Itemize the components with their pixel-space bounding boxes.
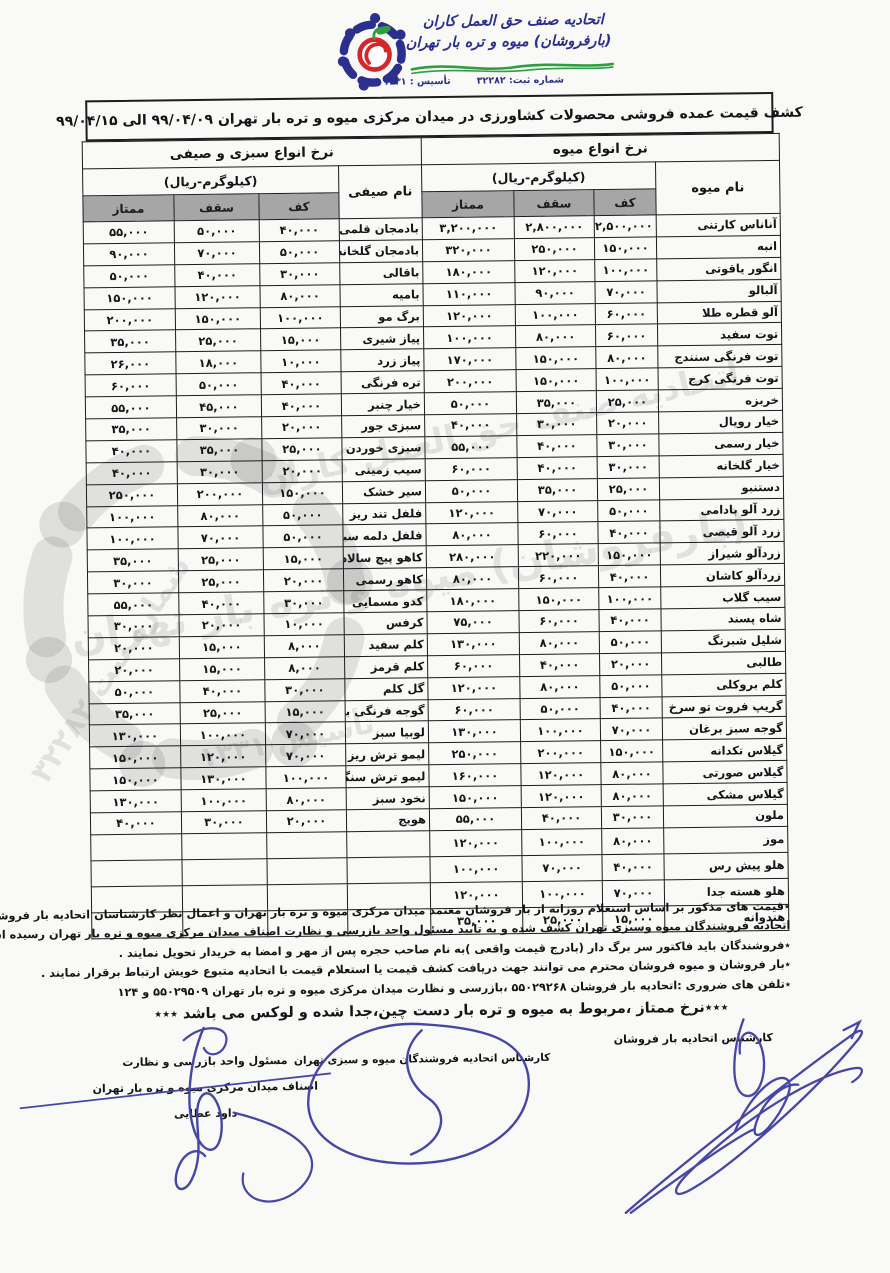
fruit-floor-cell: ۴۰,۰۰۰ bbox=[602, 854, 664, 881]
fruit-premium-cell: ۲۸۰,۰۰۰ bbox=[426, 545, 518, 568]
veg-premium-cell: ۶۰,۰۰۰ bbox=[85, 374, 176, 397]
fruit-ceiling-cell: ۱۵۰,۰۰۰ bbox=[516, 347, 596, 370]
fruit-premium-cell: ۳۲۰,۰۰۰ bbox=[422, 239, 514, 262]
fruit-ceiling-cell: ۴۰,۰۰۰ bbox=[521, 807, 601, 830]
veg-ceiling-cell: ۱۲۰,۰۰۰ bbox=[175, 285, 260, 308]
fruit-name-cell: گیلاس صورتی bbox=[663, 761, 787, 784]
veg-premium-cell: ۴۰,۰۰۰ bbox=[86, 440, 177, 463]
veg-premium-cell: ۵۵,۰۰۰ bbox=[83, 221, 174, 244]
fruit-name-cell: طالبی bbox=[661, 651, 785, 674]
fruit-floor-cell: ۸۰,۰۰۰ bbox=[596, 346, 658, 369]
veg-name-cell: کرفس bbox=[344, 612, 427, 635]
fruit-premium-cell: ۱۲۰,۰۰۰ bbox=[430, 830, 522, 857]
veg-unit-header: (کیلوگرم-ریال) bbox=[82, 166, 338, 196]
veg-floor-cell: ۲۰,۰۰۰ bbox=[262, 460, 342, 483]
veg-floor-cell: ۴۰,۰۰۰ bbox=[261, 372, 341, 395]
veg-premium-cell: ۵۵,۰۰۰ bbox=[85, 396, 176, 419]
veg-name-cell: تره فرنگی bbox=[341, 371, 424, 394]
veg-name-cell: فلفل تند ریز bbox=[343, 502, 426, 525]
veg-floor-cell: ۲۰,۰۰۰ bbox=[262, 416, 342, 439]
veg-premium-cell: ۱۳۰,۰۰۰ bbox=[89, 724, 180, 747]
fruit-name-cell: زردآلو شیراز bbox=[660, 542, 784, 565]
veg-ceiling-cell: ۱۳۰,۰۰۰ bbox=[181, 767, 266, 790]
veg-ceiling-cell: ۱۵,۰۰۰ bbox=[179, 658, 264, 681]
veg-ceiling-cell: ۲۵,۰۰۰ bbox=[178, 570, 263, 593]
fruit-premium-cell: ۵۵,۰۰۰ bbox=[429, 808, 521, 831]
fruit-premium-cell: ۶۰,۰۰۰ bbox=[428, 698, 520, 721]
veg-floor-cell: ۵۰,۰۰۰ bbox=[263, 525, 343, 548]
org-name-line1: اتحادیه صنف حق العمل کاران bbox=[415, 10, 611, 33]
veg-premium-cell: ۴۰,۰۰۰ bbox=[90, 812, 181, 835]
fruit-ceiling-cell: ۶۰,۰۰۰ bbox=[518, 522, 598, 545]
veg-premium-cell: ۱۵۰,۰۰۰ bbox=[84, 286, 175, 309]
veg-name-cell: سبزی جور bbox=[342, 415, 425, 438]
fruit-floor-cell: ۵۰,۰۰۰ bbox=[599, 631, 661, 654]
fruit-name-cell: زرد آلو بادامی bbox=[660, 498, 784, 521]
veg-floor-cell: ۱۵,۰۰۰ bbox=[263, 547, 343, 570]
veg-name-cell: پیاز شیری bbox=[340, 327, 423, 350]
fruit-ceiling-cell: ۱۰۰,۰۰۰ bbox=[520, 719, 600, 742]
price-table: نرخ انواع میوه نرخ انواع سبزی و صیفی نام… bbox=[82, 133, 790, 939]
fruit-ceiling-cell: ۱۰۰,۰۰۰ bbox=[522, 829, 602, 856]
veg-premium-cell: ۹۰,۰۰۰ bbox=[83, 243, 174, 266]
veg-ceiling-cell: ۳۰,۰۰۰ bbox=[177, 461, 262, 484]
veg-name-cell bbox=[347, 831, 430, 858]
fruit-name-cell: سیب گلاب bbox=[661, 585, 785, 608]
veg-premium-cell: ۳۵,۰۰۰ bbox=[87, 549, 178, 572]
veg-floor-cell: ۷۰,۰۰۰ bbox=[266, 744, 346, 767]
veg-premium-cell: ۲۶,۰۰۰ bbox=[85, 352, 176, 375]
veg-name-cell: فلفل دلمه سبز bbox=[343, 524, 426, 547]
fruit-name-cell: گیلاس تکدانه bbox=[663, 739, 787, 762]
fruit-floor-cell: ۱۵۰,۰۰۰ bbox=[594, 237, 656, 260]
fruit-ceiling-cell: ۶۰,۰۰۰ bbox=[519, 610, 599, 633]
fruit-floor-cell: ۳۰,۰۰۰ bbox=[601, 806, 663, 829]
fruit-premium-cell: ۵۰,۰۰۰ bbox=[424, 392, 516, 415]
veg-ceiling-cell: ۵۰,۰۰۰ bbox=[176, 373, 261, 396]
veg-premium-header: ممتاز bbox=[83, 195, 174, 222]
fruit-name-cell: آلبالو bbox=[657, 279, 781, 302]
fruit-name-cell: شلیل شبرنگ bbox=[661, 629, 785, 652]
veg-premium-cell bbox=[91, 860, 182, 887]
fruit-name-cell: هلو پیش رس bbox=[664, 852, 788, 880]
fruit-premium-cell: ۱۳۰,۰۰۰ bbox=[427, 633, 519, 656]
veg-ceiling-cell: ۸۰,۰۰۰ bbox=[178, 504, 263, 527]
fruit-ceiling-cell: ۹۰,۰۰۰ bbox=[515, 281, 595, 304]
fruit-name-cell: ملون bbox=[663, 804, 787, 827]
veg-floor-cell: ۱۵,۰۰۰ bbox=[265, 700, 345, 723]
veg-ceiling-cell: ۴۰,۰۰۰ bbox=[180, 679, 265, 702]
fruit-premium-cell: ۱۵۰,۰۰۰ bbox=[429, 786, 521, 809]
veg-floor-cell: ۱۰,۰۰۰ bbox=[261, 350, 341, 373]
veg-floor-cell: ۸,۰۰۰ bbox=[264, 635, 344, 658]
fruit-floor-cell: ۴۰,۰۰۰ bbox=[598, 565, 660, 588]
fruit-ceiling-cell: ۲,۸۰۰,۰۰۰ bbox=[514, 216, 594, 239]
fruit-ceiling-cell: ۵۰,۰۰۰ bbox=[520, 697, 600, 720]
veg-premium-cell: ۳۰,۰۰۰ bbox=[88, 615, 179, 638]
veg-name-cell: کاهو پیچ سالادی bbox=[343, 546, 426, 569]
fruit-name-cell: خیار رویال bbox=[659, 410, 783, 433]
veg-premium-cell: ۱۳۰,۰۰۰ bbox=[90, 790, 181, 813]
veg-name-cell: کاهو رسمی bbox=[343, 568, 426, 591]
veg-ceiling-cell: ۲۰۰,۰۰۰ bbox=[177, 482, 262, 505]
org-name-line2: (بارفروشان) میوه و تره بار تهران bbox=[415, 31, 611, 54]
veg-floor-cell: ۲۰,۰۰۰ bbox=[263, 569, 343, 592]
veg-ceiling-header: سقف bbox=[174, 194, 259, 221]
fruit-floor-cell: ۱۵۰,۰۰۰ bbox=[598, 543, 660, 566]
fruit-floor-cell: ۴۰,۰۰۰ bbox=[600, 696, 662, 719]
fruit-ceiling-cell: ۴۰,۰۰۰ bbox=[517, 456, 597, 479]
veg-name-cell: لیمو ترش ریز bbox=[346, 743, 429, 766]
fruit-ceiling-cell: ۴۰,۰۰۰ bbox=[517, 435, 597, 458]
fruit-ceiling-cell: ۶۰,۰۰۰ bbox=[518, 566, 598, 589]
veg-ceiling-cell: ۴۵,۰۰۰ bbox=[176, 395, 261, 418]
veg-ceiling-cell: ۱۰۰,۰۰۰ bbox=[180, 723, 265, 746]
fruit-ceiling-cell: ۳۵,۰۰۰ bbox=[517, 478, 597, 501]
fruit-ceiling-cell: ۱۵۰,۰۰۰ bbox=[519, 588, 599, 611]
fruit-premium-cell: ۵۵,۰۰۰ bbox=[425, 436, 517, 459]
veg-ceiling-cell: ۱۰۰,۰۰۰ bbox=[181, 789, 266, 812]
fruit-floor-cell: ۸۰,۰۰۰ bbox=[601, 784, 663, 807]
fruit-floor-cell: ۵۰,۰۰۰ bbox=[598, 499, 660, 522]
veg-name-cell: کدو مسمایی bbox=[344, 590, 427, 613]
veg-name-cell: لیمو ترش سنگی bbox=[346, 765, 429, 788]
fruit-name-cell: خیار رسمی bbox=[659, 432, 783, 455]
fruit-name-cell: دستنبو bbox=[659, 476, 783, 499]
veg-ceiling-cell: ۳۰,۰۰۰ bbox=[177, 417, 262, 440]
fruit-premium-cell: ۱۰۰,۰۰۰ bbox=[423, 326, 515, 349]
fruit-floor-cell: ۷۰,۰۰۰ bbox=[595, 281, 657, 304]
veg-ceiling-cell bbox=[182, 833, 267, 860]
fruit-floor-cell: ۸۰,۰۰۰ bbox=[601, 762, 663, 785]
fruit-premium-cell: ۱۰۰,۰۰۰ bbox=[430, 856, 522, 883]
signature-right-ink bbox=[593, 1010, 890, 1229]
fruit-floor-cell: ۶۰,۰۰۰ bbox=[595, 302, 657, 325]
fruit-ceiling-cell: ۷۰,۰۰۰ bbox=[522, 855, 602, 882]
fruit-premium-cell: ۱۲۰,۰۰۰ bbox=[423, 304, 515, 327]
fruit-name-cell: خیار گلخانه bbox=[659, 454, 783, 477]
veg-ceiling-cell: ۲۵,۰۰۰ bbox=[175, 329, 260, 352]
footnotes: ٭قیمت های مذکور بر اساس استعلام روزانه ا… bbox=[90, 897, 791, 1024]
fruit-floor-cell: ۷۰,۰۰۰ bbox=[600, 718, 662, 741]
veg-ceiling-cell: ۲۰,۰۰۰ bbox=[179, 614, 264, 637]
fruit-ceiling-cell: ۱۲۰,۰۰۰ bbox=[521, 785, 601, 808]
veg-floor-cell bbox=[267, 832, 347, 859]
veg-ceiling-cell: ۳۰,۰۰۰ bbox=[181, 811, 266, 834]
fruit-ceiling-cell: ۱۲۰,۰۰۰ bbox=[521, 763, 601, 786]
fruit-ceiling-cell: ۱۵۰,۰۰۰ bbox=[516, 369, 596, 392]
fruit-floor-cell: ۱۰۰,۰۰۰ bbox=[599, 587, 661, 610]
fruit-ceiling-cell: ۲۰۰,۰۰۰ bbox=[521, 741, 601, 764]
veg-floor-header: کف bbox=[259, 193, 339, 220]
fruit-ceiling-header: سقف bbox=[514, 190, 594, 217]
fruit-premium-cell: ۷۵,۰۰۰ bbox=[427, 611, 519, 634]
fruit-premium-cell: ۱۱۰,۰۰۰ bbox=[423, 282, 515, 305]
green-swoosh-icon bbox=[410, 58, 615, 77]
veg-name-cell: گل کلم bbox=[345, 677, 428, 700]
fruit-premium-cell: ۱۸۰,۰۰۰ bbox=[427, 589, 519, 612]
veg-name-cell: سبزی خوردن bbox=[342, 437, 425, 460]
fruit-premium-cell: ۴۰,۰۰۰ bbox=[425, 414, 517, 437]
veg-floor-cell: ۱۵۰,۰۰۰ bbox=[262, 481, 342, 504]
veg-floor-cell: ۱۰۰,۰۰۰ bbox=[266, 766, 346, 789]
fruit-premium-cell: ۳,۲۰۰,۰۰۰ bbox=[422, 217, 514, 240]
fruit-floor-cell: ۲۰,۰۰۰ bbox=[597, 412, 659, 435]
veg-premium-cell: ۳۵,۰۰۰ bbox=[86, 418, 177, 441]
fruit-premium-cell: ۸۰,۰۰۰ bbox=[426, 567, 518, 590]
veg-ceiling-cell: ۵۰,۰۰۰ bbox=[174, 220, 259, 243]
veg-premium-cell: ۳۰,۰۰۰ bbox=[87, 571, 178, 594]
veg-name-cell: کلم سفید bbox=[344, 634, 427, 657]
veg-floor-cell: ۳۰,۰۰۰ bbox=[260, 263, 340, 286]
veg-floor-cell: ۷۰,۰۰۰ bbox=[265, 722, 345, 745]
fruit-name-cell: آناناس کارتنی bbox=[656, 213, 780, 236]
fruit-ceiling-cell: ۳۵,۰۰۰ bbox=[516, 391, 596, 414]
veg-floor-cell bbox=[267, 858, 347, 885]
fruit-floor-cell: ۶۰,۰۰۰ bbox=[595, 324, 657, 347]
fruit-name-cell: گوجه سبز برغان bbox=[662, 717, 786, 740]
veg-name-cell: پیاز زرد bbox=[341, 349, 424, 372]
veg-ceiling-cell: ۱۸,۰۰۰ bbox=[176, 351, 261, 374]
fruit-floor-cell: ۳۰,۰۰۰ bbox=[597, 434, 659, 457]
fruit-name-cell: انگور یاقوتی bbox=[657, 257, 781, 280]
fruit-ceiling-cell: ۸۰,۰۰۰ bbox=[519, 632, 599, 655]
fruit-floor-cell: ۴۰,۰۰۰ bbox=[598, 521, 660, 544]
veg-premium-cell: ۲۵۰,۰۰۰ bbox=[86, 483, 177, 506]
fruit-floor-cell: ۸۰,۰۰۰ bbox=[602, 828, 664, 855]
fruit-floor-cell: ۱۵۰,۰۰۰ bbox=[601, 740, 663, 763]
fruit-premium-cell: ۲۵۰,۰۰۰ bbox=[429, 742, 521, 765]
fruit-premium-cell: ۱۷۰,۰۰۰ bbox=[424, 348, 516, 371]
fruit-floor-cell: ۲,۵۰۰,۰۰۰ bbox=[594, 215, 656, 238]
fruit-ceiling-cell: ۲۵۰,۰۰۰ bbox=[514, 238, 594, 261]
veg-section-header: نرخ انواع سبزی و صیفی bbox=[82, 138, 421, 169]
veg-premium-cell: ۱۵۰,۰۰۰ bbox=[90, 768, 181, 791]
fruit-floor-cell: ۲۵,۰۰۰ bbox=[596, 390, 658, 413]
veg-ceiling-cell: ۱۵,۰۰۰ bbox=[179, 636, 264, 659]
fruit-name-cell: گریپ فروت تو سرخ bbox=[662, 695, 786, 718]
veg-premium-cell: ۱۰۰,۰۰۰ bbox=[87, 505, 178, 528]
veg-premium-cell: ۲۰۰,۰۰۰ bbox=[84, 308, 175, 331]
fruit-name-cell: گیلاس مشکی bbox=[663, 782, 787, 805]
fruit-ceiling-cell: ۱۲۰,۰۰۰ bbox=[515, 259, 595, 282]
fruit-premium-cell: ۲۰۰,۰۰۰ bbox=[424, 370, 516, 393]
fruit-premium-cell: ۱۲۰,۰۰۰ bbox=[426, 501, 518, 524]
veg-floor-cell: ۱۰,۰۰۰ bbox=[264, 613, 344, 636]
fruit-premium-cell: ۱۶۰,۰۰۰ bbox=[429, 764, 521, 787]
veg-floor-cell: ۸,۰۰۰ bbox=[264, 657, 344, 680]
veg-premium-cell: ۲۰,۰۰۰ bbox=[88, 637, 179, 660]
veg-name-cell: باقالی bbox=[340, 262, 423, 285]
veg-ceiling-cell: ۱۲۰,۰۰۰ bbox=[181, 745, 266, 768]
veg-name-cell bbox=[347, 857, 430, 884]
fruit-name-cell: توت فرنگی کرج bbox=[658, 367, 782, 390]
scanned-price-sheet: اتحادیه صنف حق العمل کاران (بارفروشان) م… bbox=[0, 0, 890, 1273]
fruit-floor-cell: ۲۵,۰۰۰ bbox=[597, 478, 659, 501]
veg-premium-cell: ۲۰,۰۰۰ bbox=[88, 659, 179, 682]
fruit-floor-header: کف bbox=[594, 189, 656, 216]
veg-premium-cell: ۵۰,۰۰۰ bbox=[89, 680, 180, 703]
veg-floor-cell: ۸۰,۰۰۰ bbox=[260, 284, 340, 307]
veg-premium-cell: ۵۰,۰۰۰ bbox=[84, 265, 175, 288]
veg-name-cell: نخود سبز bbox=[346, 787, 429, 810]
veg-ceiling-cell bbox=[182, 859, 267, 886]
established-year: تأسیس : ۱۳۳۱ bbox=[383, 76, 451, 88]
fruit-ceiling-cell: ۸۰,۰۰۰ bbox=[515, 325, 595, 348]
fruit-premium-cell: ۱۳۰,۰۰۰ bbox=[428, 720, 520, 743]
fruit-floor-cell: ۱۰۰,۰۰۰ bbox=[595, 259, 657, 282]
veg-ceiling-cell: ۷۰,۰۰۰ bbox=[178, 526, 263, 549]
veg-name-cell: بادمجان قلمی bbox=[339, 218, 422, 241]
fruit-floor-cell: ۳۰,۰۰۰ bbox=[597, 456, 659, 479]
veg-floor-cell: ۳۰,۰۰۰ bbox=[265, 678, 345, 701]
veg-floor-cell: ۵۰,۰۰۰ bbox=[259, 241, 339, 264]
veg-floor-cell: ۲۵,۰۰۰ bbox=[262, 438, 342, 461]
fruit-floor-cell: ۱۰۰,۰۰۰ bbox=[596, 368, 658, 391]
fruit-name-cell: توت فرنگی سنندج bbox=[658, 345, 782, 368]
veg-name-cell: هویج bbox=[346, 809, 429, 832]
veg-name-cell: بادمجان گلخانه ای bbox=[339, 240, 422, 263]
price-document: کشف قیمت عمده فروشی محصولات کشاورزی در م… bbox=[82, 92, 789, 939]
registration-number: شماره ثبت: ۳۲۲۸۲ bbox=[477, 75, 564, 87]
veg-ceiling-cell: ۱۵۰,۰۰۰ bbox=[175, 307, 260, 330]
fruit-premium-cell: ۱۸۰,۰۰۰ bbox=[423, 260, 515, 283]
fruit-premium-cell: ۵۰,۰۰۰ bbox=[425, 479, 517, 502]
fruit-ceiling-cell: ۱۰۰,۰۰۰ bbox=[515, 303, 595, 326]
veg-floor-cell: ۲۰,۰۰۰ bbox=[266, 810, 346, 833]
fruit-name-cell: زردآلو کاشان bbox=[660, 564, 784, 587]
signature-left-ink bbox=[7, 1016, 350, 1240]
veg-floor-cell: ۱۵,۰۰۰ bbox=[260, 328, 340, 351]
veg-floor-cell: ۵۰,۰۰۰ bbox=[263, 503, 343, 526]
veg-premium-cell: ۳۵,۰۰۰ bbox=[89, 702, 180, 725]
veg-floor-cell: ۳۰,۰۰۰ bbox=[264, 591, 344, 614]
fruit-ceiling-cell: ۸۰,۰۰۰ bbox=[520, 675, 600, 698]
veg-floor-cell: ۴۰,۰۰۰ bbox=[259, 219, 339, 242]
fruit-floor-cell: ۴۰,۰۰۰ bbox=[599, 609, 661, 632]
fruit-premium-cell: ۶۰,۰۰۰ bbox=[425, 457, 517, 480]
veg-name-cell: بامیه bbox=[340, 283, 423, 306]
veg-name-cell: خیار چنبر bbox=[341, 393, 424, 416]
veg-floor-cell: ۴۰,۰۰۰ bbox=[261, 394, 341, 417]
veg-ceiling-cell: ۳۵,۰۰۰ bbox=[177, 439, 262, 462]
fruit-name-cell: توت سفید bbox=[657, 323, 781, 346]
fruit-floor-cell: ۵۰,۰۰۰ bbox=[600, 675, 662, 698]
veg-name-cell: سیب زمینی bbox=[342, 459, 425, 482]
veg-ceiling-cell: ۲۵,۰۰۰ bbox=[178, 548, 263, 571]
veg-ceiling-cell: ۲۵,۰۰۰ bbox=[180, 701, 265, 724]
fruit-name-cell: شاه پسند bbox=[661, 607, 785, 630]
veg-premium-cell: ۱۵۰,۰۰۰ bbox=[90, 746, 181, 769]
veg-name-header: نام صیفی bbox=[338, 165, 422, 219]
fruit-name-cell: کلم بروکلی bbox=[662, 673, 786, 696]
fruit-ceiling-cell: ۴۰,۰۰۰ bbox=[520, 653, 600, 676]
fruit-name-cell: موز bbox=[664, 826, 788, 854]
veg-floor-cell: ۱۰۰,۰۰۰ bbox=[260, 306, 340, 329]
veg-premium-cell bbox=[91, 834, 182, 861]
veg-name-cell: سیر خشک bbox=[342, 480, 425, 503]
fruit-name-cell: انبه bbox=[656, 235, 780, 258]
veg-premium-cell: ۱۰۰,۰۰۰ bbox=[87, 527, 178, 550]
apple-icon bbox=[359, 24, 392, 70]
veg-name-cell: برگ مو bbox=[340, 305, 423, 328]
veg-premium-cell: ۴۰,۰۰۰ bbox=[86, 462, 177, 485]
veg-name-cell: کلم قرمز bbox=[344, 656, 427, 679]
fruit-unit-header: (کیلوگرم-ریال) bbox=[421, 162, 655, 192]
fruit-premium-header: ممتاز bbox=[422, 191, 514, 218]
veg-name-cell: گوجه فرنگی بوته رس bbox=[345, 699, 428, 722]
fruit-floor-cell: ۲۰,۰۰۰ bbox=[599, 653, 661, 676]
veg-ceiling-cell: ۷۰,۰۰۰ bbox=[174, 242, 259, 265]
fruit-premium-cell: ۶۰,۰۰۰ bbox=[427, 654, 519, 677]
fruit-ceiling-cell: ۷۰,۰۰۰ bbox=[518, 500, 598, 523]
fruit-name-cell: خربزه bbox=[658, 388, 782, 411]
veg-name-cell: لوبیا سبز bbox=[345, 721, 428, 744]
veg-premium-cell: ۵۵,۰۰۰ bbox=[88, 593, 179, 616]
veg-ceiling-cell: ۴۰,۰۰۰ bbox=[175, 264, 260, 287]
veg-floor-cell: ۸۰,۰۰۰ bbox=[266, 788, 346, 811]
veg-premium-cell: ۳۵,۰۰۰ bbox=[84, 330, 175, 353]
fruit-premium-cell: ۸۰,۰۰۰ bbox=[426, 523, 518, 546]
fruit-premium-cell: ۱۲۰,۰۰۰ bbox=[428, 676, 520, 699]
veg-ceiling-cell: ۴۰,۰۰۰ bbox=[179, 592, 264, 615]
fruit-name-cell: زرد آلو قیصی bbox=[660, 520, 784, 543]
fruit-name-header: نام میوه bbox=[655, 160, 780, 215]
fruit-ceiling-cell: ۲۲۰,۰۰۰ bbox=[518, 544, 598, 567]
fruit-name-cell: آلو قطره طلا bbox=[657, 301, 781, 324]
fruit-ceiling-cell: ۳۰,۰۰۰ bbox=[517, 413, 597, 436]
